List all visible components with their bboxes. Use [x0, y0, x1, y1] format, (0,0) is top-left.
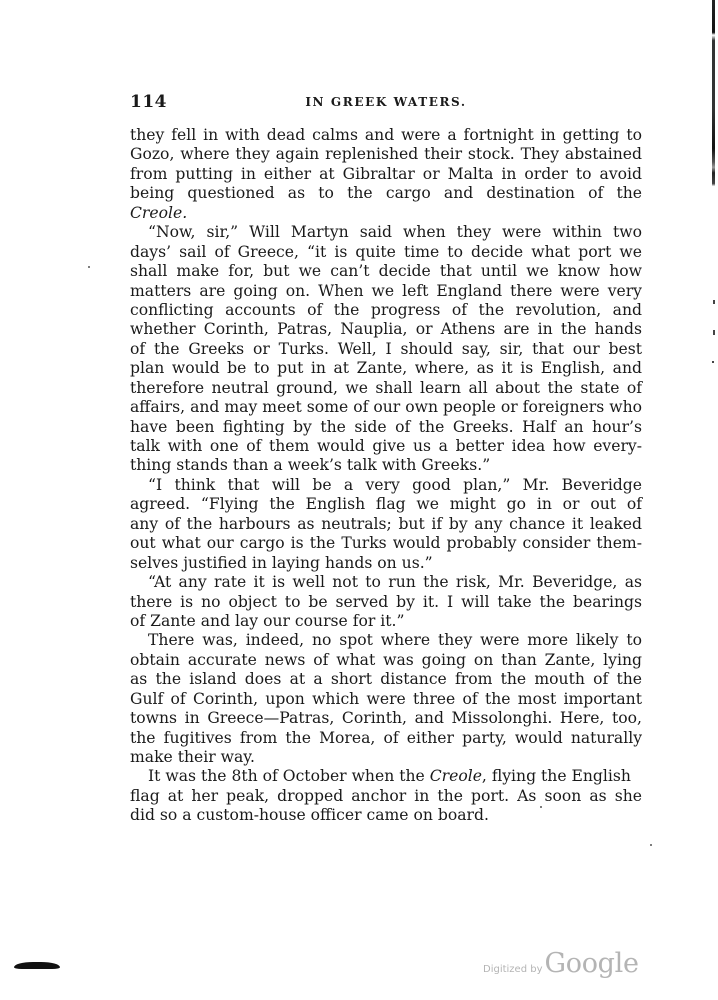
text-line: selves justified in laying hands on us.” — [130, 554, 642, 573]
text-line: Gozo, where they again replenished their… — [130, 145, 642, 164]
scanned-book-page: 114 IN GREEK WATERS. they fell in with d… — [0, 0, 718, 1000]
body-text: they fell in with dead calms and were a … — [130, 126, 642, 826]
digitized-by-google-watermark: Digitized by Google — [483, 948, 639, 982]
text-line: “At any rate it is well not to run the r… — [130, 573, 642, 592]
text-line: therefore neutral ground, we shall learn… — [130, 379, 642, 398]
scan-speck — [540, 806, 542, 808]
text-line: affairs, and may meet some of our own pe… — [130, 398, 642, 417]
page-edge-mark — [713, 330, 715, 335]
text-line: It was the 8th of October when the Creol… — [130, 767, 642, 786]
text-line: there is no object to be served by it. I… — [130, 593, 642, 612]
text-line: “Now, sir,” Will Martyn said when they w… — [130, 223, 642, 242]
text-line: did so a custom-house officer came on bo… — [130, 806, 642, 825]
text-line: There was, indeed, no spot where they we… — [130, 631, 642, 650]
scan-speck — [650, 844, 652, 846]
watermark-brand: Google — [545, 948, 639, 979]
scan-speck — [88, 266, 90, 268]
text-line: being questioned as to the cargo and des… — [130, 184, 642, 203]
text-line: have been fighting by the side of the Gr… — [130, 418, 642, 437]
text-line: towns in Greece—Patras, Corinth, and Mis… — [130, 709, 642, 728]
text-line: matters are going on. When we left Engla… — [130, 282, 642, 301]
running-head: 114 IN GREEK WATERS. — [130, 92, 642, 116]
text-line: Gulf of Corinth, upon which were three o… — [130, 690, 642, 709]
text-line: the fugitives from the Morea, of either … — [130, 729, 642, 748]
text-line: flag at her peak, dropped anchor in the … — [130, 787, 642, 806]
text-line: as the island does at a short distance f… — [130, 670, 642, 689]
text-line: make their way. — [130, 748, 642, 767]
text-line: from putting in either at Gibraltar or M… — [130, 165, 642, 184]
text-line: “I think that will be a very good plan,”… — [130, 476, 642, 495]
text-line: talk with one of them would give us a be… — [130, 437, 642, 456]
text-line: Creole. — [130, 204, 642, 223]
text-line: of Zante and lay our course for it.” — [130, 612, 642, 631]
running-title: IN GREEK WATERS. — [130, 95, 642, 109]
text-segment: It was the 8th of October when the — [148, 767, 430, 785]
text-line: whether Corinth, Patras, Nauplia, or Ath… — [130, 320, 642, 339]
ink-smudge — [14, 962, 60, 969]
text-line: days’ sail of Greece, “it is quite time … — [130, 243, 642, 262]
text-line: of the Greeks or Turks. Well, I should s… — [130, 340, 642, 359]
watermark-prefix: Digitized by — [483, 964, 543, 975]
text-line: out what our cargo is the Turks would pr… — [130, 534, 642, 553]
text-line: agreed. “Flying the English flag we migh… — [130, 495, 642, 514]
page-edge-mark — [712, 361, 714, 363]
text-line: shall make for, but we can’t decide that… — [130, 262, 642, 281]
page-edge-mark — [713, 300, 715, 304]
text-line: any of the harbours as neutrals; but if … — [130, 515, 642, 534]
text-line: they fell in with dead calms and were a … — [130, 126, 642, 145]
page-edge-shadow — [712, 0, 715, 270]
text-line: obtain accurate news of what was going o… — [130, 651, 642, 670]
text-segment: , flying the English — [482, 767, 631, 785]
ship-name: Creole — [430, 767, 482, 785]
text-line: conflicting accounts of the progress of … — [130, 301, 642, 320]
text-line: thing stands than a week’s talk with Gre… — [130, 456, 642, 475]
text-line: plan would be to put in at Zante, where,… — [130, 359, 642, 378]
